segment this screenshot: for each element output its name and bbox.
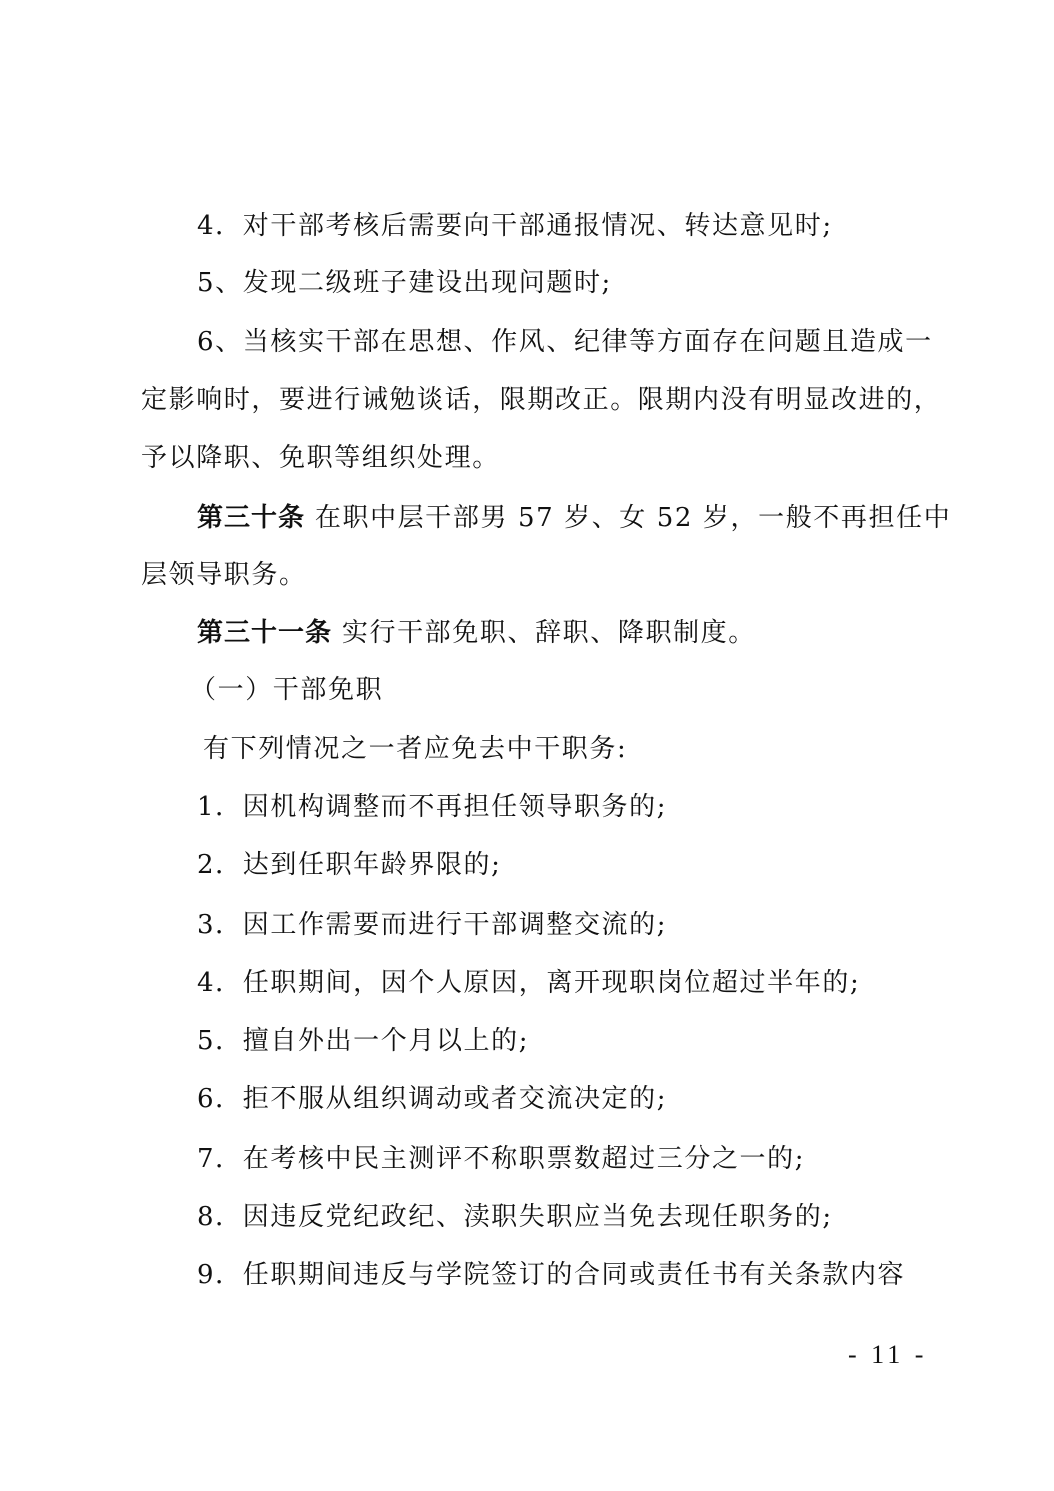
- article-31-heading: 第三十一条: [197, 618, 332, 648]
- article-30-line2: 层领导职务。: [141, 560, 931, 590]
- paragraph-admonition-line1: 6、当核实干部在思想、作风、纪律等方面存在问题且造成一: [197, 327, 987, 357]
- dismissal-item-2: 2．达到任职年龄界限的;: [197, 850, 987, 880]
- dismissal-item-9: 9．任职期间违反与学院签订的合同或责任书有关条款内容: [197, 1260, 987, 1290]
- dismissal-intro: 有下列情况之一者应免去中干职务:: [203, 734, 993, 764]
- dismissal-item-8: 8．因违反党纪政纪、渎职失职应当免去现任职务的;: [197, 1202, 987, 1232]
- paragraph-admonition-line2: 定影响时，要进行诫勉谈话，限期改正。限期内没有明显改进的，: [141, 385, 931, 415]
- article-30-heading: 第三十条: [197, 503, 305, 533]
- page-number: - 11 -: [848, 1340, 927, 1370]
- list-item-notify-after-review: 4．对干部考核后需要向干部通报情况、转达意见时;: [197, 211, 987, 241]
- section-heading-dismissal: （一）干部免职: [190, 675, 980, 705]
- article-31-line: 第三十一条 实行干部免职、辞职、降职制度。: [197, 618, 987, 648]
- dismissal-item-7: 7．在考核中民主测评不称职票数超过三分之一的;: [197, 1144, 987, 1174]
- dismissal-item-6: 6．拒不服从组织调动或者交流决定的;: [197, 1084, 987, 1114]
- article-30-text: 在职中层干部男 57 岁、女 52 岁，一般不再担任中: [305, 503, 951, 533]
- dismissal-item-4: 4．任职期间，因个人原因，离开现职岗位超过半年的;: [197, 968, 987, 998]
- paragraph-admonition-line3: 予以降职、免职等组织处理。: [141, 443, 931, 473]
- list-item-team-issues: 5、发现二级班子建设出现问题时;: [197, 268, 987, 298]
- article-30-line1: 第三十条 在职中层干部男 57 岁、女 52 岁，一般不再担任中: [197, 503, 987, 533]
- dismissal-item-5: 5．擅自外出一个月以上的;: [197, 1026, 987, 1056]
- article-31-text: 实行干部免职、辞职、降职制度。: [332, 618, 756, 648]
- dismissal-item-1: 1．因机构调整而不再担任领导职务的;: [197, 792, 987, 822]
- dismissal-item-3: 3．因工作需要而进行干部调整交流的;: [197, 910, 987, 940]
